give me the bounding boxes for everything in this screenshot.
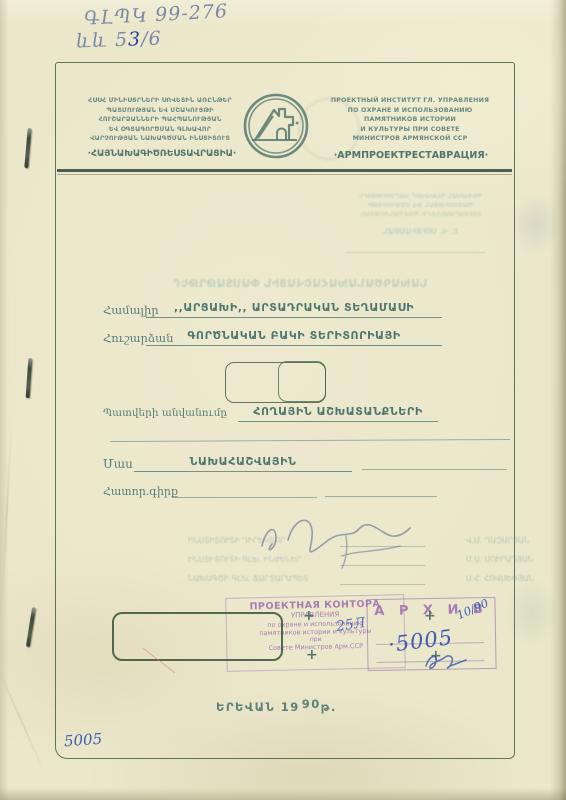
file-number-digit: 3	[128, 28, 142, 50]
sign-row-line	[340, 584, 425, 585]
header-russian-line: ПРОЕКТНЫЙ ИНСТИТУТ ГЛ. УПРАВЛЕНИЯ	[318, 96, 502, 106]
footer-city: ԵՐԵՎԱՆ 19	[216, 700, 300, 714]
sign-row-name: Վ.Մ. ՂԱԶԱՐՅԱՆ	[466, 536, 530, 545]
volume-underline-2	[325, 496, 437, 497]
footer-year-suffix: թ.	[321, 700, 337, 714]
header-rule-shadow	[57, 174, 512, 175]
file-number-suffix: /6	[141, 28, 162, 51]
field-part-value: ՆԱԽԱՀԱՇՎԱՅԻՆ	[134, 450, 352, 472]
complex-value-text: ,,ԱՐՑԱԽԻ,, ԱՐՏԱԴՐԱԿԱՆ ՏԵՂԱՄԱՍԻ	[174, 301, 414, 314]
handwritten-catalog-number: ԳԼՊԿ 99-276	[84, 0, 229, 30]
header-russian-line: МИНИСТРОВ АРМЯНСКОЙ ССР	[318, 134, 502, 144]
staple-top	[24, 128, 31, 168]
file-number-prefix: ևև 5	[76, 29, 129, 53]
plus-mark: +	[424, 608, 436, 624]
institute-name-russian: ·АРМПРОЕКТРЕСТАВРАЦИЯ·	[316, 150, 506, 161]
empty-number-box	[112, 612, 283, 661]
bleedthrough-back-header: ՊԵՏԱԿԱՆ ԳԼԽԱՎՈՐ ՎԱՐՉՈՒԹՅՈՒՆ ՊԱՏՄՈՒԹՅԱՆ Ե…	[338, 192, 503, 236]
field-order-label: Պատվերի անվանումը	[103, 407, 227, 419]
bleedthrough-title: ՆԱԽԱԳԾԱՆԱԽԱՀԱՇՎԱՅԻՆ ՓԱՍՏԱԹՂԹԵՐ	[150, 278, 450, 290]
sign-row-name: Մ.Ս. ՄՈՒՐԱԴՅԱՆ	[466, 555, 533, 564]
handwritten-corner-number: 5005	[63, 730, 102, 751]
field-order-value: ՀՈՂԱՅԻՆ ԱՇԽԱՏԱՆՔՆԵՐԻ	[238, 400, 438, 422]
plus-mark: +	[306, 647, 318, 663]
bleed-line: Է. Վ. ՍՈՒՔԻԱՍՅԱՆ	[338, 227, 503, 236]
header-russian-line: ПАМЯТНИКОВ ИСТОРИИ	[318, 115, 502, 125]
handwritten-initials	[420, 650, 475, 672]
bleed-line: ՀՈՒՇԱՐՁԱՆՆԵՐԻ ՊԱՀՊԱՆՈՒԹՅԱՆ	[338, 210, 503, 219]
staple-middle	[26, 358, 33, 398]
empty-stamp-box	[225, 362, 326, 403]
bleed-line: ՊԵՏԱԿԱՆ ԳԼԽԱՎՈՐ ՎԱՐՉՈՒԹՅՈՒՆ	[338, 192, 503, 201]
empty-stamp-box-inner	[278, 361, 326, 402]
order-value-text: ՀՈՂԱՅԻՆ ԱՇԽԱՏԱՆՔՆԵՐԻ	[253, 405, 423, 418]
header-armenian-line: ՀՍՍՀ ՄԻՆԻՍՏՐՆԵՐԻ ՍՈՎԵՏԻՆ ԱՌԸՆԹԵՐ	[70, 96, 250, 106]
scanned-document-page: ԳԼՊԿ 99-276 ևև 53/6 ՀՍՍՀ ՄԻՆԻՍՏՐՆԵՐԻ ՍՈՎ…	[0, 0, 566, 800]
footer-year: 90	[302, 697, 321, 711]
part-underline-extension	[362, 469, 507, 470]
bleed-line: ՊԱՏՄՈՒԹՅԱՆ ԵՎ ՄՇԱԿՈՒՅԹԻ	[338, 201, 503, 210]
header-russian-block: ПРОЕКТНЫЙ ИНСТИТУТ ГЛ. УПРАВЛЕНИЯ ПО ОХР…	[318, 96, 502, 144]
field-complex-value: ,,ԱՐՑԱԽԻ,, ԱՐՏԱԴՐԱԿԱՆ ՏԵՂԱՄԱՍԻ	[146, 296, 442, 318]
header-armenian-line: ԵՎ ՕԳՏԱԳՈՐԾՄԱՆ ԳԼԽԱՎՈՐ	[70, 125, 250, 135]
sign-row-title: ՆԱԽԱԳԾԻ ԳԼԽ. ՃԱՐՏԱՐԱՊԵՏ	[188, 574, 278, 583]
header-armenian-block: ՀՍՍՀ ՄԻՆԻՍՏՐՆԵՐԻ ՍՈՎԵՏԻՆ ԱՌԸՆԹԵՐ ՊԱՏՄՈՒԹ…	[70, 96, 250, 144]
plus-mark: +	[303, 608, 315, 624]
header-armenian-line: ՀՈՒՇԱՐՁԱՆՆԵՐԻ ՊԱՀՊԱՆՈՒԹՅԱՆ	[70, 115, 250, 125]
header-armenian-line: ՊԱՏՄՈՒԹՅԱՆ ԵՎ ՄՇԱԿՈՒՅԹԻ	[70, 106, 250, 116]
header-armenian-line: ՎԱՐՉՈՒԹՅԱՆ ՆԱԽԱԳԾՄԱՆ ԻՆՍՏԻՏՈՒՏ	[70, 134, 250, 144]
staple-bottom	[26, 607, 36, 647]
paper-crease	[0, 665, 46, 775]
field-volume-label: Հատոր.գիրք	[103, 485, 178, 498]
margin-smudge	[503, 578, 561, 650]
header-russian-line: И КУЛЬТУРЫ ПРИ СОВЕТЕ	[318, 125, 502, 135]
footer-city-year: ԵՐԵՎԱՆ 1990թ.	[216, 700, 337, 714]
handwritten-file-number: ևև 53/6	[76, 28, 162, 53]
paper-crease	[1, 420, 12, 600]
institute-name-armenian: ·ՀԱՅՆԱԽԱԳԻԾՌԵՍՏԱՎՐԱՑԻԱ·	[62, 149, 262, 159]
margin-smudge	[512, 192, 560, 257]
volume-underline-1	[172, 497, 317, 498]
field-part-label: Մաս	[103, 457, 133, 471]
signature-handwriting	[250, 506, 420, 572]
header-rule	[57, 169, 512, 172]
monument-value-text: ԳՈՐԾՆԱԿԱՆ ԲԱԿԻ ՏԵՐԻՏՈՐԻԱՅԻ	[187, 329, 400, 342]
header-russian-line: ПО ОХРАНЕ И ИСПОЛЬЗОВАНИЮ	[318, 106, 502, 116]
field-monument-value: ԳՈՐԾՆԱԿԱՆ ԲԱԿԻ ՏԵՐԻՏՈՐԻԱՅԻ	[146, 324, 442, 346]
bleedthrough-line	[345, 252, 485, 253]
part-value-text: ՆԱԽԱՀԱՇՎԱՅԻՆ	[189, 455, 296, 468]
